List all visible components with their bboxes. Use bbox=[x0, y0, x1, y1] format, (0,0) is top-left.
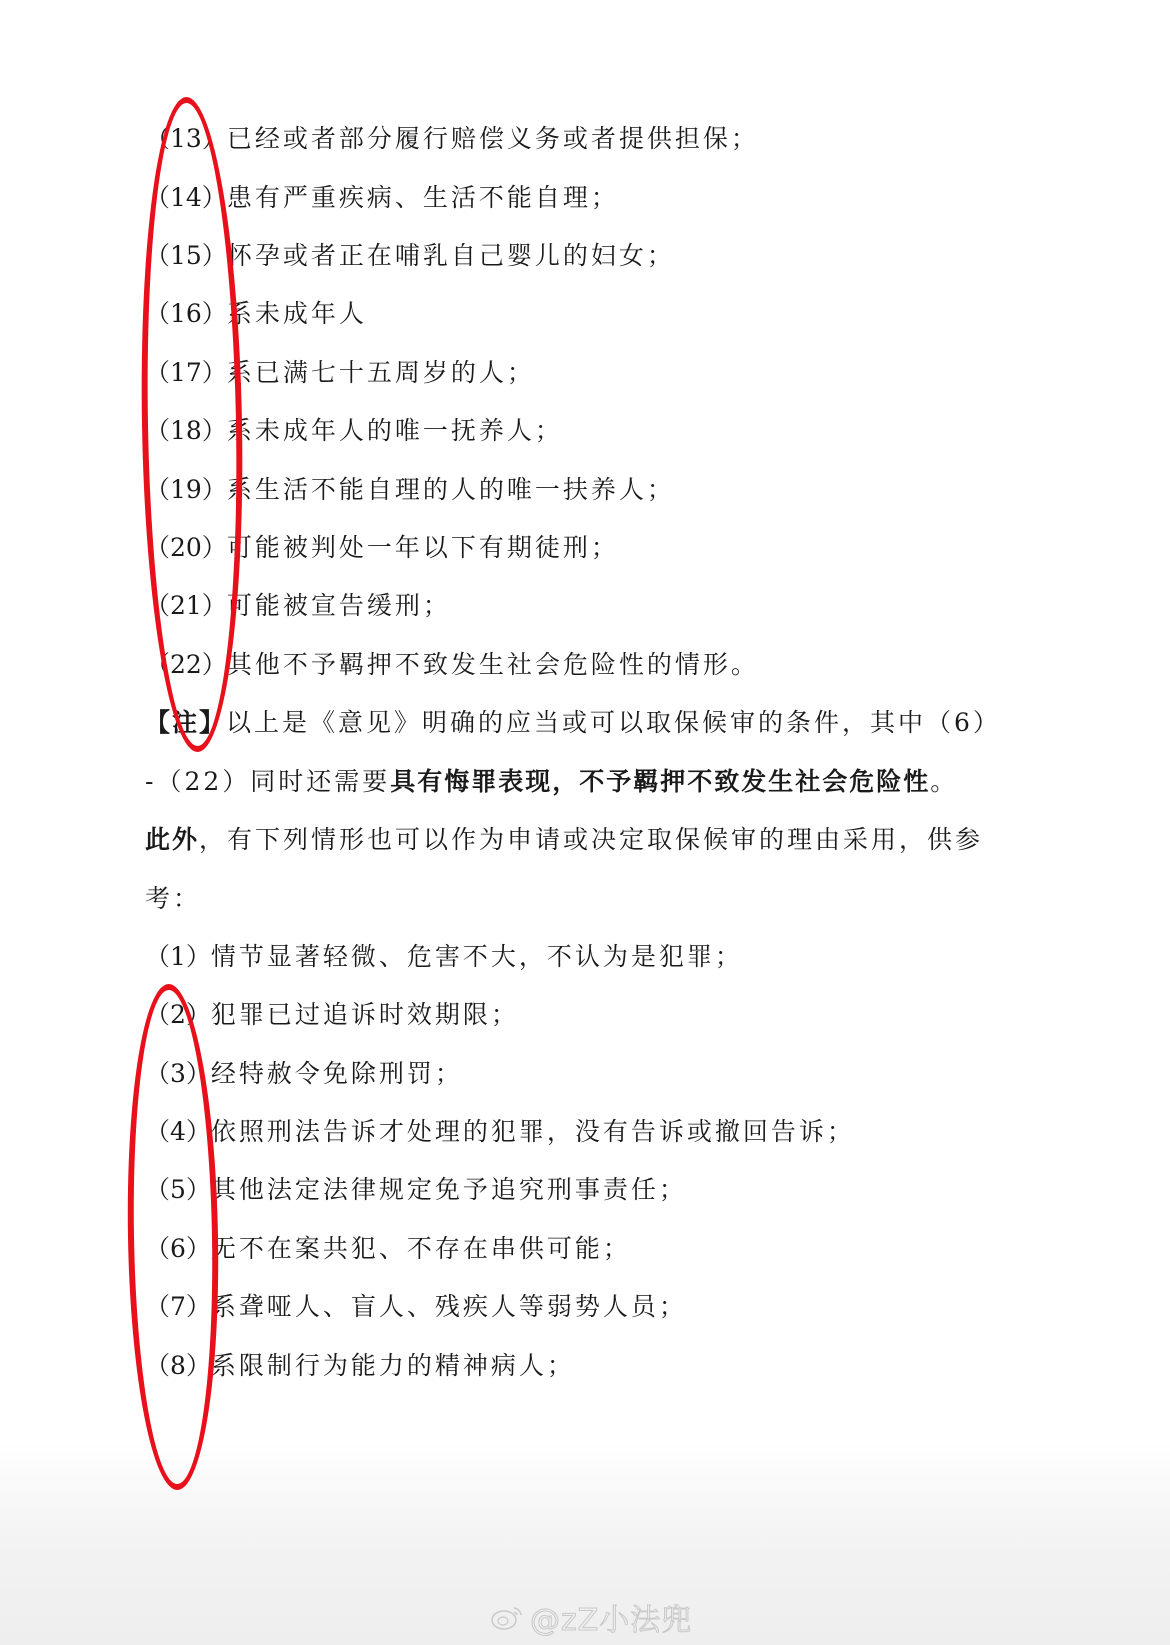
item-number: （16） bbox=[145, 298, 227, 330]
note-line-2: -（22）同时还需要具有悔罪表现，不予羁押不致发生社会危险性。 bbox=[145, 766, 958, 798]
item-number: （13） bbox=[145, 123, 227, 155]
note-emphasis: 具有悔罪表现，不予羁押不致发生社会危险性 bbox=[390, 767, 930, 796]
item-text: 系未成年人 bbox=[227, 299, 367, 328]
item-number: （18） bbox=[145, 415, 227, 447]
item-text: 经特赦令免除刑罚； bbox=[211, 1059, 463, 1088]
additional-line-2: 考： bbox=[145, 883, 201, 915]
item-text: 系已满七十五周岁的人； bbox=[227, 358, 535, 387]
list-item: （8）系限制行为能力的精神病人； bbox=[145, 1350, 575, 1382]
weibo-icon bbox=[490, 1603, 524, 1631]
note-prefix: -（22）同时还需要 bbox=[145, 767, 390, 796]
list-item: （14）患有严重疾病、生活不能自理； bbox=[145, 182, 619, 214]
list-item: （20）可能被判处一年以下有期徒刑； bbox=[145, 532, 619, 564]
item-number: （19） bbox=[145, 474, 227, 506]
item-text: 系生活不能自理的人的唯一扶养人； bbox=[227, 475, 675, 504]
note-line-1: 【注】以上是《意见》明确的应当或可以取保候审的条件，其中（6） bbox=[145, 707, 1001, 739]
item-text: 系未成年人的唯一抚养人； bbox=[227, 416, 563, 445]
item-number: （7） bbox=[145, 1291, 211, 1323]
item-text: 依照刑法告诉才处理的犯罪，没有告诉或撤回告诉； bbox=[211, 1117, 855, 1146]
watermark-text: @zZ小法兜 bbox=[530, 1595, 692, 1639]
note-suffix: 。 bbox=[930, 767, 958, 796]
item-text: 情节显著轻微、危害不大，不认为是犯罪； bbox=[211, 942, 743, 971]
list-item: （16）系未成年人 bbox=[145, 298, 367, 330]
item-text: 其他法定法律规定免予追究刑事责任； bbox=[211, 1175, 687, 1204]
list-item: （4）依照刑法告诉才处理的犯罪，没有告诉或撤回告诉； bbox=[145, 1116, 855, 1148]
item-text: 系聋哑人、盲人、残疾人等弱势人员； bbox=[211, 1292, 687, 1321]
list-item: （6）无不在案共犯、不存在串供可能； bbox=[145, 1233, 631, 1265]
list-item: （15）怀孕或者正在哺乳自己婴儿的妇女； bbox=[145, 240, 675, 272]
note-text: 以上是《意见》明确的应当或可以取保候审的条件，其中（6） bbox=[226, 708, 1001, 737]
list-item: （21）可能被宣告缓刑； bbox=[145, 590, 451, 622]
list-item: （2）犯罪已过追诉时效期限； bbox=[145, 999, 519, 1031]
list-item: （18）系未成年人的唯一抚养人； bbox=[145, 415, 563, 447]
item-number: （22） bbox=[145, 649, 227, 681]
additional-line-1: 此外，有下列情形也可以作为申请或决定取保候审的理由采用，供参 bbox=[145, 824, 983, 856]
list-item: （1）情节显著轻微、危害不大，不认为是犯罪； bbox=[145, 941, 743, 973]
list-item: （3）经特赦令免除刑罚； bbox=[145, 1058, 463, 1090]
item-number: （2） bbox=[145, 999, 211, 1031]
item-number: （6） bbox=[145, 1233, 211, 1265]
list-item: （19）系生活不能自理的人的唯一扶养人； bbox=[145, 474, 675, 506]
list-item: （13）已经或者部分履行赔偿义务或者提供担保； bbox=[145, 123, 759, 155]
item-text: 可能被判处一年以下有期徒刑； bbox=[227, 533, 619, 562]
item-number: （8） bbox=[145, 1350, 211, 1382]
item-text: 已经或者部分履行赔偿义务或者提供担保； bbox=[227, 124, 759, 153]
item-number: （21） bbox=[145, 590, 227, 622]
item-text: 怀孕或者正在哺乳自己婴儿的妇女； bbox=[227, 241, 675, 270]
list-item: （22）其他不予羁押不致发生社会危险性的情形。 bbox=[145, 649, 759, 681]
item-text: 其他不予羁押不致发生社会危险性的情形。 bbox=[227, 650, 759, 679]
additional-text: ，有下列情形也可以作为申请或决定取保候审的理由采用，供参 bbox=[199, 825, 983, 854]
list-item: （7）系聋哑人、盲人、残疾人等弱势人员； bbox=[145, 1291, 687, 1323]
item-number: （17） bbox=[145, 357, 227, 389]
item-number: （5） bbox=[145, 1174, 211, 1206]
item-number: （1） bbox=[145, 941, 211, 973]
item-number: （20） bbox=[145, 532, 227, 564]
list-item: （17）系已满七十五周岁的人； bbox=[145, 357, 535, 389]
item-text: 无不在案共犯、不存在串供可能； bbox=[211, 1234, 631, 1263]
item-number: （14） bbox=[145, 182, 227, 214]
item-number: （15） bbox=[145, 240, 227, 272]
note-label: 【注】 bbox=[145, 708, 226, 737]
item-number: （4） bbox=[145, 1116, 211, 1148]
additional-label: 此外 bbox=[145, 825, 199, 854]
item-number: （3） bbox=[145, 1058, 211, 1090]
item-text: 可能被宣告缓刑； bbox=[227, 591, 451, 620]
item-text: 系限制行为能力的精神病人； bbox=[211, 1351, 575, 1380]
item-text: 犯罪已过追诉时效期限； bbox=[211, 1000, 519, 1029]
item-text: 患有严重疾病、生活不能自理； bbox=[227, 183, 619, 212]
list-item: （5）其他法定法律规定免予追究刑事责任； bbox=[145, 1174, 687, 1206]
additional-text-cont: 考： bbox=[145, 884, 201, 913]
watermark: @zZ小法兜 bbox=[490, 1595, 692, 1639]
document-page: （13）已经或者部分履行赔偿义务或者提供担保； （14）患有严重疾病、生活不能自… bbox=[0, 0, 1170, 1645]
